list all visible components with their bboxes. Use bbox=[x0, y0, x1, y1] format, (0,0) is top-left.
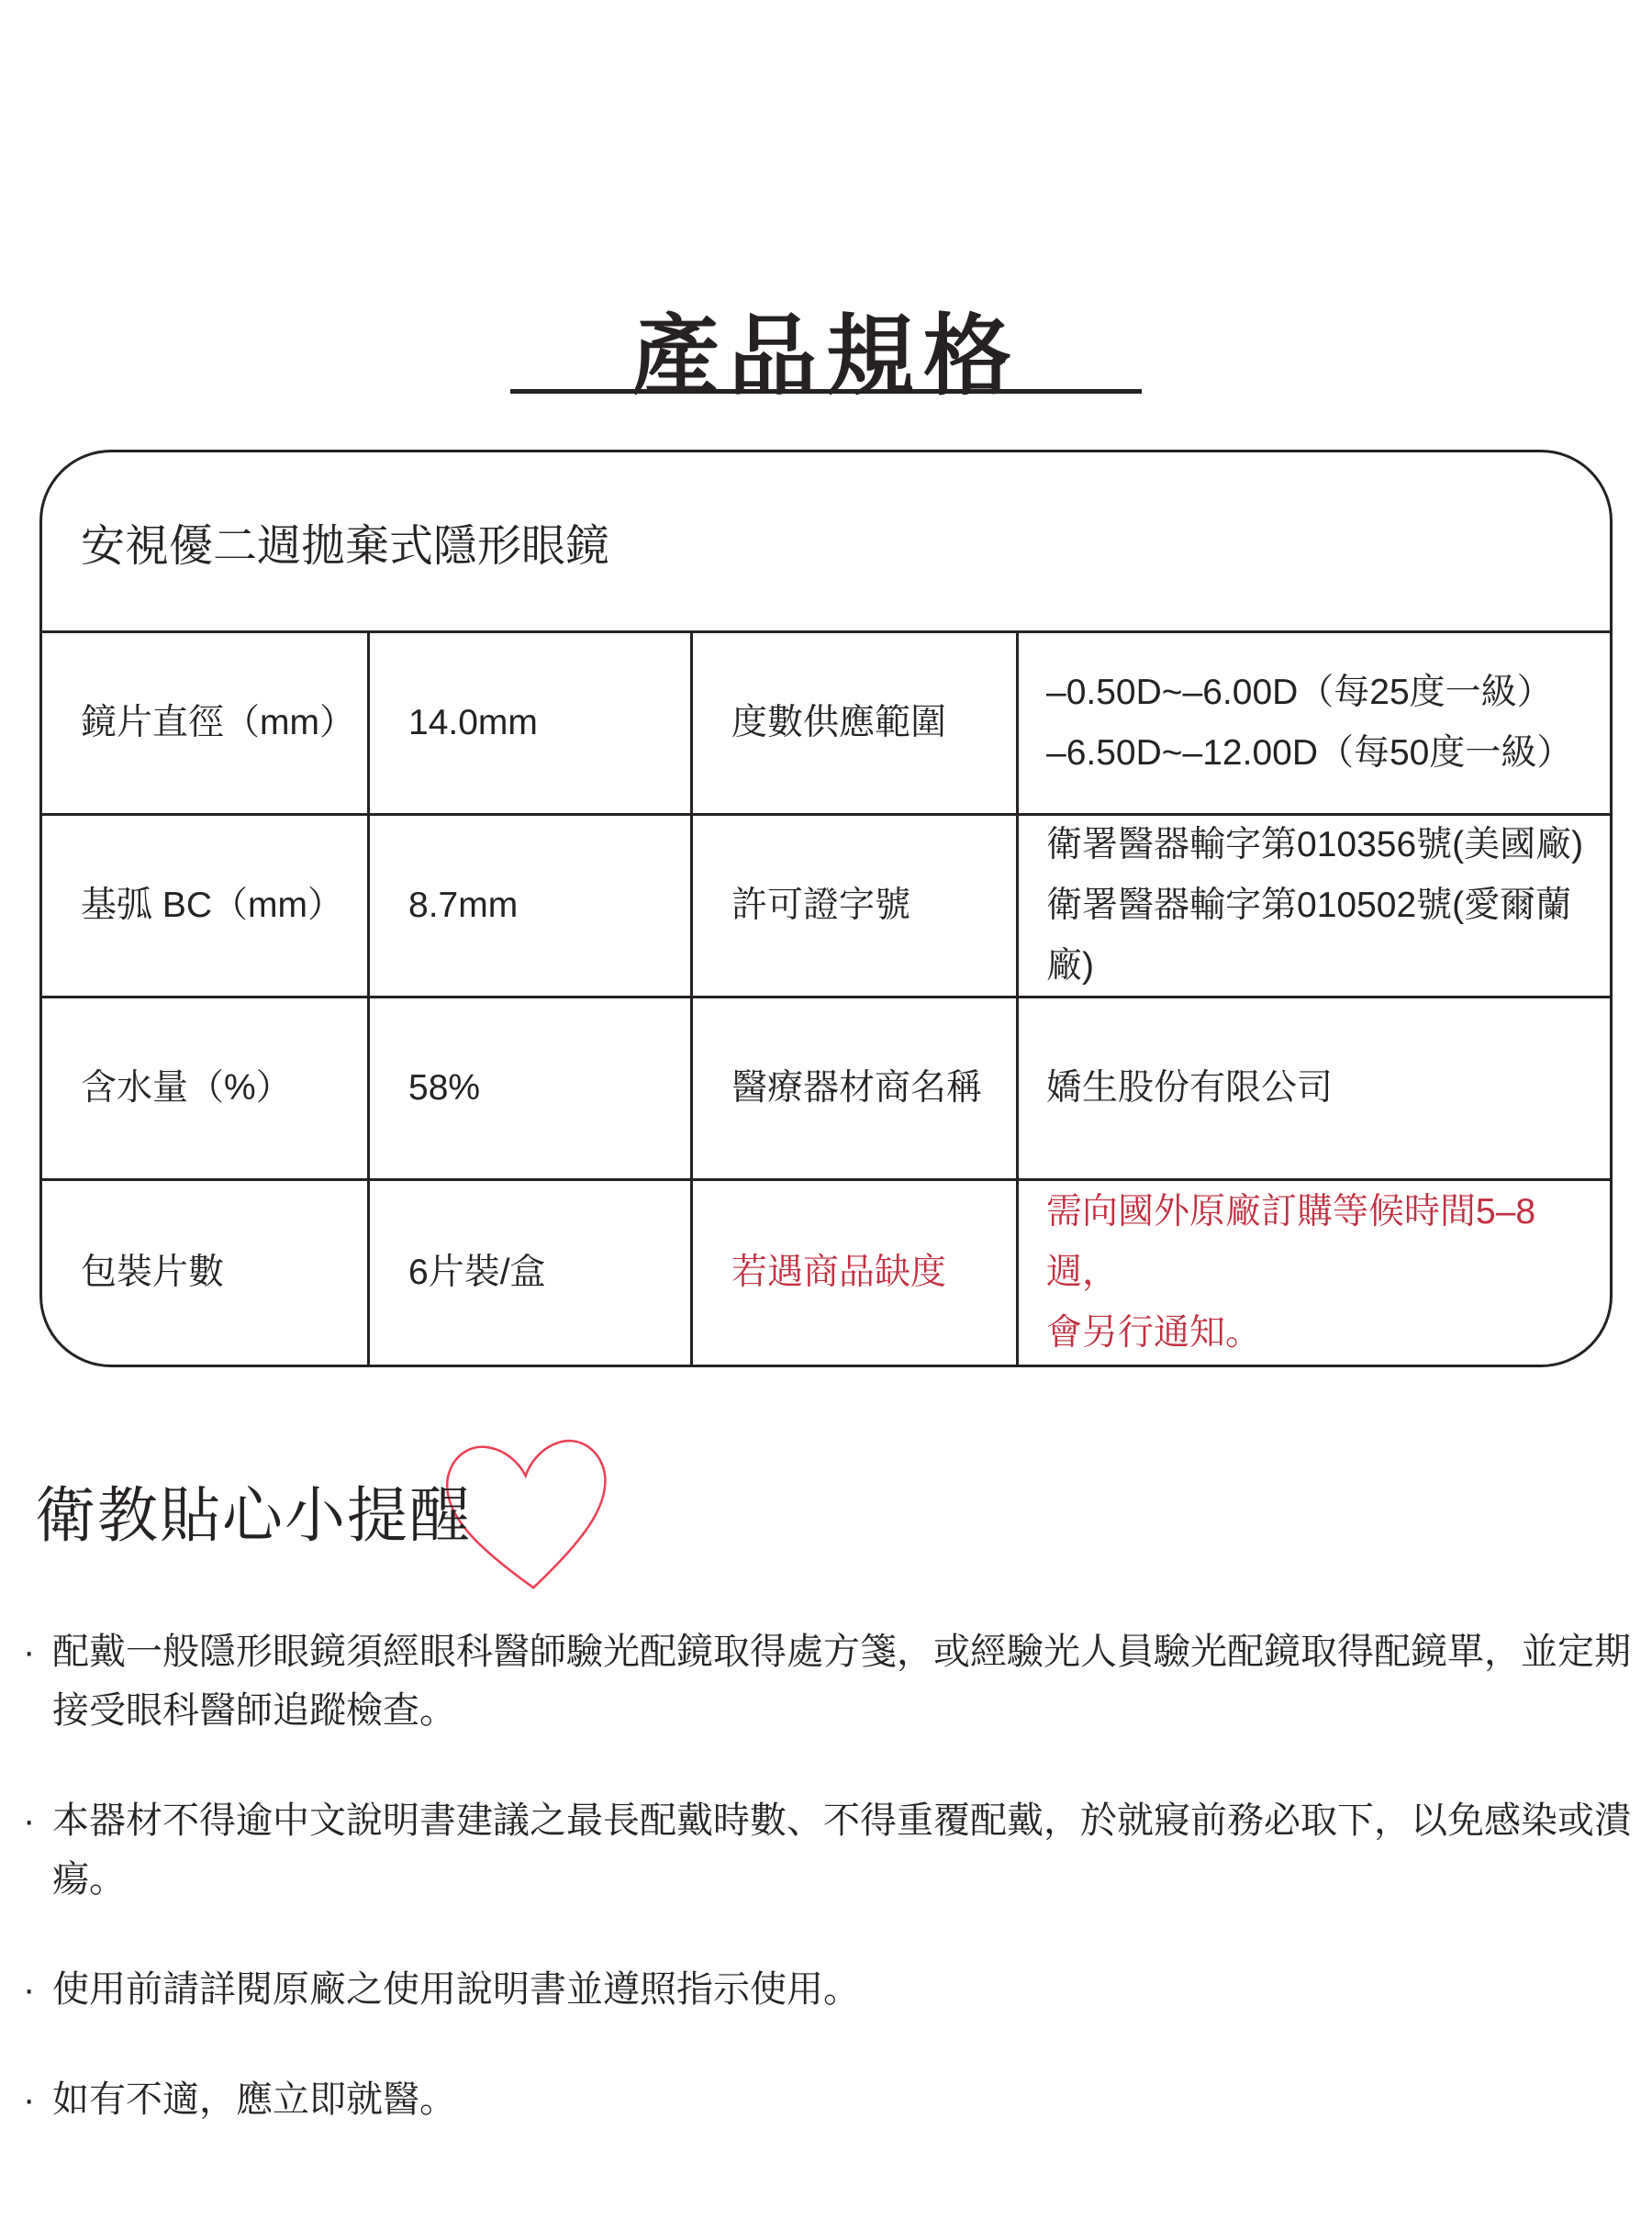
spec-value-line: 需向國外原廠訂購等候時間5–8週， bbox=[1046, 1182, 1601, 1303]
tips-heading: 衛教貼心小提醒 bbox=[35, 1466, 472, 1554]
tip-item: · 如有不適，應立即就醫。 bbox=[23, 2070, 1636, 2129]
tip-text: 本器材不得逾中文說明書建議之最長配戴時數、不得重覆配戴，於就寢前務必取下，以免感… bbox=[52, 1800, 1631, 1900]
tip-text: 配戴一般隱形眼鏡須經眼科醫師驗光配鏡取得處方箋，或經驗光人員驗光配鏡取得配鏡單，… bbox=[52, 1632, 1631, 1731]
bullet-dot: · bbox=[23, 1622, 35, 1681]
spec-value-line: –0.50D~–6.00D（每25度一級） bbox=[1046, 663, 1601, 723]
spec-value-pack-count: 6片裝/盒 bbox=[370, 1181, 693, 1365]
spec-value-line: 衛署醫器輸字第010356號(美國廠) bbox=[1046, 815, 1601, 875]
spec-label-pack-count: 包裝片數 bbox=[42, 1181, 370, 1365]
spec-label-vendor: 醫療器材商名稱 bbox=[693, 998, 1019, 1181]
spec-value-power-range: –0.50D~–6.00D（每25度一級） –6.50D~–12.00D（每50… bbox=[1019, 633, 1610, 816]
spec-label-shortage: 若遇商品缺度 bbox=[693, 1181, 1019, 1365]
title-underline bbox=[510, 389, 1142, 394]
spec-label-license: 許可證字號 bbox=[693, 816, 1019, 998]
spec-value-shortage: 需向國外原廠訂購等候時間5–8週， 會另行通知。 bbox=[1019, 1181, 1610, 1365]
spec-table: 安視優二週拋棄式隱形眼鏡 鏡片直徑（mm） 14.0mm 度數供應範圍 –0.5… bbox=[39, 450, 1613, 1367]
spec-value-line: 衛署醫器輸字第010502號(愛爾蘭廠) bbox=[1046, 875, 1601, 997]
spec-label-power-range: 度數供應範圍 bbox=[693, 633, 1019, 816]
spec-label-base-curve: 基弧 BC（mm） bbox=[42, 816, 370, 998]
spec-value-diameter: 14.0mm bbox=[370, 633, 693, 816]
spec-label-water-content: 含水量（%） bbox=[42, 998, 370, 1181]
tips-list: · 配戴一般隱形眼鏡須經眼科醫師驗光配鏡取得處方箋，或經驗光人員驗光配鏡取得配鏡… bbox=[23, 1622, 1636, 2180]
tip-text: 使用前請詳閱原廠之使用說明書並遵照指示使用。 bbox=[52, 1969, 860, 2010]
spec-value-base-curve: 8.7mm bbox=[370, 816, 693, 998]
bullet-dot: · bbox=[23, 1791, 35, 1850]
spec-value-vendor: 嬌生股份有限公司 bbox=[1019, 998, 1610, 1181]
tip-item: · 本器材不得逾中文說明書建議之最長配戴時數、不得重覆配戴，於就寢前務必取下，以… bbox=[23, 1791, 1636, 1909]
spec-label-diameter: 鏡片直徑（mm） bbox=[42, 633, 370, 816]
spec-value-line: –6.50D~–12.00D（每50度一級） bbox=[1046, 723, 1601, 784]
tip-text: 如有不適，應立即就醫。 bbox=[52, 2079, 456, 2120]
bullet-dot: · bbox=[23, 2070, 35, 2129]
bullet-dot: · bbox=[23, 1960, 35, 2019]
tip-item: · 使用前請詳閱原廠之使用說明書並遵照指示使用。 bbox=[23, 1960, 1636, 2019]
spec-value-line: 會另行通知。 bbox=[1046, 1303, 1601, 1364]
spec-value-license: 衛署醫器輸字第010356號(美國廠) 衛署醫器輸字第010502號(愛爾蘭廠) bbox=[1019, 816, 1610, 998]
spec-value-water-content: 58% bbox=[370, 998, 693, 1181]
product-name-header: 安視優二週拋棄式隱形眼鏡 bbox=[42, 452, 1610, 633]
spec-value-line: 嬌生股份有限公司 bbox=[1046, 1058, 1601, 1119]
tip-item: · 配戴一般隱形眼鏡須經眼科醫師驗光配鏡取得處方箋，或經驗光人員驗光配鏡取得配鏡… bbox=[23, 1622, 1636, 1740]
